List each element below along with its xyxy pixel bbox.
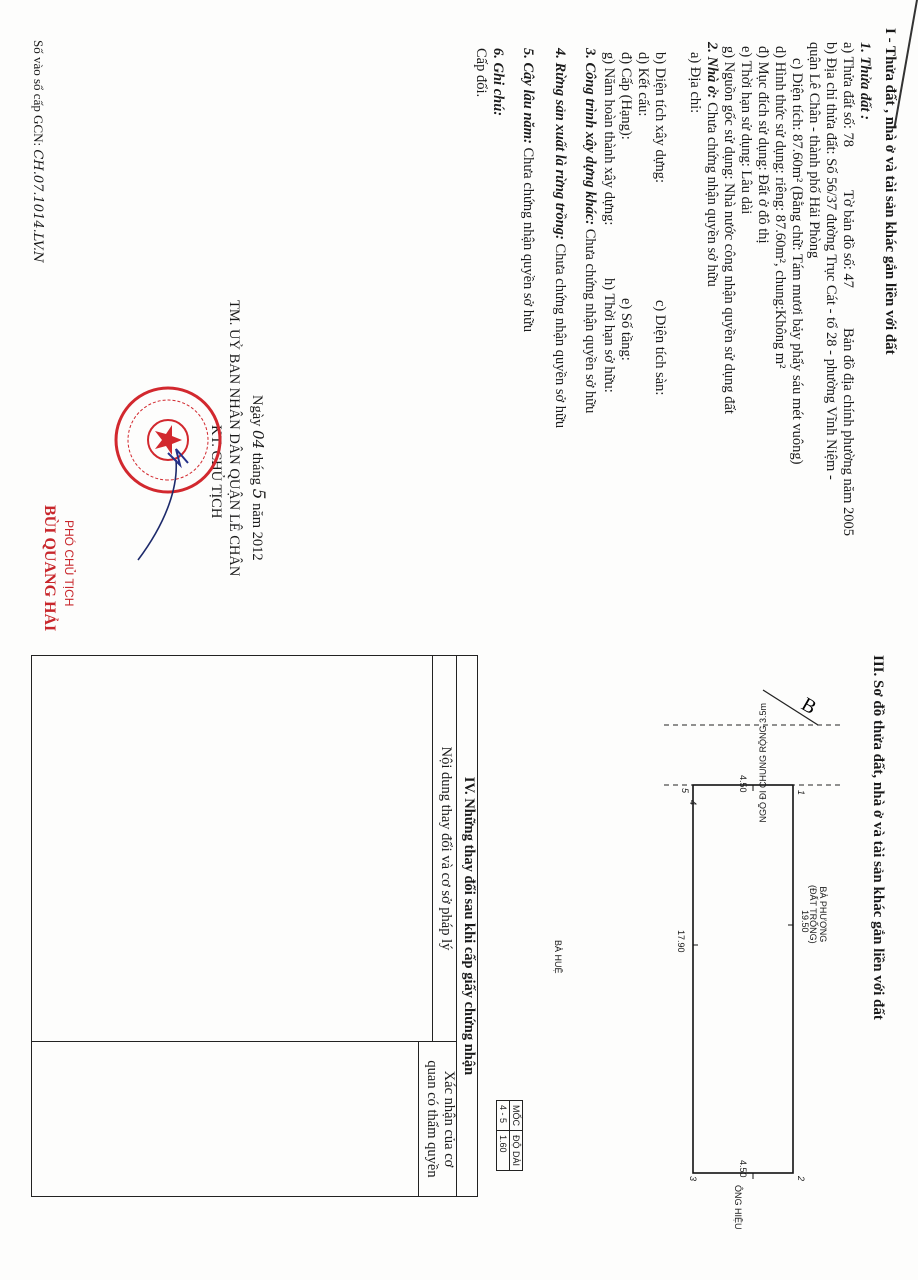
other-works-section: 3. Công trình xây dựng khác: Chưa chứng …: [581, 48, 598, 413]
year-completed: g) Năm hoàn thành xây dựng:: [600, 52, 617, 225]
neighbor-top-name: BÀ PHƯƠNG: [818, 885, 828, 944]
date-year: năm 2012: [249, 503, 265, 561]
cadastral-map: Bản đồ địa chính phường năm 2005: [839, 328, 856, 536]
house-section: 2. Nhà ở: Chưa chứng nhận quyền sở hữu: [703, 42, 720, 287]
parcel-area-words: (Bằng chữ: Tám mươi bảy phẩy sáu mét vuô…: [788, 186, 805, 464]
parcel-number: a) Thửa đất số: 78: [839, 42, 856, 147]
house-status: Chưa chứng nhận quyền sở hữu: [704, 102, 720, 287]
changes-confirm-line2: quan có thẩm quyền: [423, 1042, 440, 1196]
forest-heading: 4. Rừng sản xuất là rừng trồng:: [552, 48, 568, 240]
house-grade: đ) Cấp (Hạng):: [617, 52, 634, 140]
parcel-area: c) Diện tích: 87.60m²: [788, 58, 805, 182]
ownership-term: h) Thời hạn sở hữu:: [600, 278, 617, 393]
registry-value: CH.07.1014.LV.N: [30, 149, 45, 262]
changes-confirm-header: Xác nhận của cơ quan có thẩm quyền: [418, 1042, 457, 1196]
road-label: NGÕ ĐI CHUNG RỘNG 3.5m: [758, 703, 768, 823]
date-month-label: tháng: [249, 453, 265, 485]
issue-date: Ngày 04 tháng 5 năm 2012: [248, 395, 266, 561]
house-heading: 2. Nhà ở:: [704, 42, 720, 99]
registry-number: Số vào sổ cấp GCN: CH.07.1014.LV.N: [30, 40, 46, 262]
changes-content-column: Nội dung thay đổi và cơ sở pháp lý: [32, 656, 457, 1042]
dim-east: 4.50: [738, 1160, 748, 1178]
other-works-heading: 3. Công trình xây dựng khác:: [582, 48, 598, 225]
signer-name: BÙI QUANG HẢI: [40, 505, 58, 631]
other-works-status: Chưa chứng nhận quyền sở hữu: [582, 229, 598, 414]
perennial-status: Chưa chứng nhận quyền sở hữu: [520, 148, 536, 333]
neighbor-right: ÔNG HIỆU: [733, 1185, 743, 1230]
vertex-3: 3: [688, 1176, 698, 1181]
floor-area: c) Diện tích sàn:: [651, 300, 668, 395]
map-sheet-number: Tờ bản đồ số: 47: [839, 190, 856, 288]
signer-title: PHÓ CHỦ TỊCH: [62, 520, 76, 606]
parcel-address: b) Địa chỉ thửa đất: Số 56/37 đường Trục…: [822, 42, 839, 480]
changes-confirm-line1: Xác nhận của cơ: [440, 1042, 457, 1196]
registry-label: Số vào sổ cấp GCN:: [31, 40, 46, 146]
use-form: d) Hình thức sử dụng: riêng: 87.60m², ch…: [771, 46, 788, 368]
forest-status: Chưa chứng nhận quyền sở hữu: [552, 243, 568, 428]
changes-table: IV. Những thay đổi sau khi cấp giấy chứn…: [31, 655, 478, 1197]
dim-south: 17.90: [676, 930, 686, 953]
section-1-title: I - Thửa đất , nhà ở và tài sản khác gắn…: [881, 28, 898, 355]
dim-west: 4.50: [738, 775, 748, 793]
use-origin: g) Nguồn gốc sử dụng: Nhà nước công nhận…: [720, 46, 737, 414]
table-header: MỐC: [510, 1101, 523, 1131]
construction-area: b) Diện tích xây dựng:: [651, 52, 668, 183]
official-stamp-icon: [88, 345, 238, 565]
north-arrow-label: B: [798, 693, 821, 719]
changes-content-header: Nội dung thay đổi và cơ sở pháp lý: [437, 656, 457, 1041]
date-prefix: Ngày: [249, 395, 265, 426]
parcel-address-line2: quận Lê Chân - thành phố Hải Phòng: [805, 42, 822, 258]
date-day: 04: [249, 430, 267, 449]
vertex-length-table: MỐC ĐỘ DÀI 4 - 5 1.60: [496, 1100, 523, 1171]
parcel-diagram: B: [578, 680, 858, 1240]
dim-north: 19.50: [800, 910, 810, 933]
perennial-heading: 5. Cây lâu năm:: [520, 48, 536, 144]
section-3-title: III. Sơ đồ thửa đất, nhà ở và tài sản kh…: [869, 655, 886, 1020]
date-month: 5: [248, 489, 268, 500]
table-header: ĐỘ DÀI: [510, 1131, 523, 1171]
notes-heading: 6. Ghi chú:: [489, 48, 506, 116]
neighbor-bottom: BÀ HUỆ: [553, 940, 563, 974]
changes-table-title: IV. Những thay đổi sau khi cấp giấy chứn…: [456, 656, 477, 1196]
house-floors: e) Số tầng:: [617, 298, 634, 361]
use-purpose: đ) Mục đích sử dụng: Đất ở đô thị: [754, 46, 771, 244]
house-structure: d) Kết cấu:: [634, 52, 651, 116]
house-address: a) Địa chỉ:: [686, 52, 703, 113]
changes-content-divider: [432, 656, 433, 1041]
notes-text: Cấp đổi.: [472, 48, 489, 97]
table-cell: 4 - 5: [497, 1101, 510, 1131]
vertex-4: 4: [688, 800, 698, 805]
vertex-2: 2: [796, 1176, 806, 1181]
certificate-sheet: I - Thửa đất , nhà ở và tài sản khác gắn…: [0, 0, 918, 1280]
forest-section: 4. Rừng sản xuất là rừng trồng: Chưa chứ…: [551, 48, 568, 428]
vertex-1: 1: [796, 790, 806, 795]
neighbor-top: BÀ PHƯƠNG (ĐẤT TRỐNG): [808, 885, 828, 944]
land-heading: 1. Thửa đất :: [856, 42, 873, 120]
vertex-5: 5: [680, 788, 690, 793]
perennial-section: 5. Cây lâu năm: Chưa chứng nhận quyền sở…: [519, 48, 536, 332]
use-term: e) Thời hạn sử dụng: Lâu dài: [737, 46, 754, 214]
table-cell: 1.60: [497, 1131, 510, 1171]
